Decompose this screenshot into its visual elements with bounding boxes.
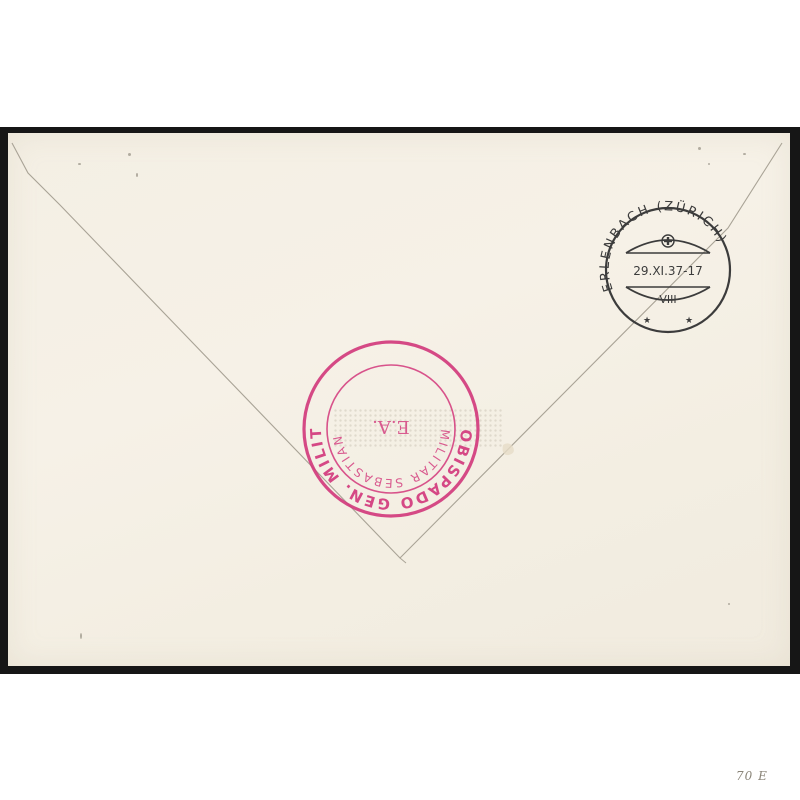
pencil-note: 70 E <box>736 769 768 783</box>
military-postmark: OBISPADO GEN. MILITAR MILITAR SEBASTIAN … <box>291 329 491 529</box>
military-center-text: E.A. <box>372 416 410 437</box>
svg-text:★: ★ <box>685 316 693 326</box>
postmark-code: VIII <box>659 293 676 306</box>
envelope-back: ERLENBACH (ZÜRICH) 29.XI.37-17 VIII ★ ★ <box>8 133 790 666</box>
swiss-postmark: ERLENBACH (ZÜRICH) 29.XI.37-17 VIII ★ ★ <box>593 195 743 345</box>
postmark-date: 29.XI.37-17 <box>633 264 703 278</box>
svg-text:★: ★ <box>643 316 651 326</box>
